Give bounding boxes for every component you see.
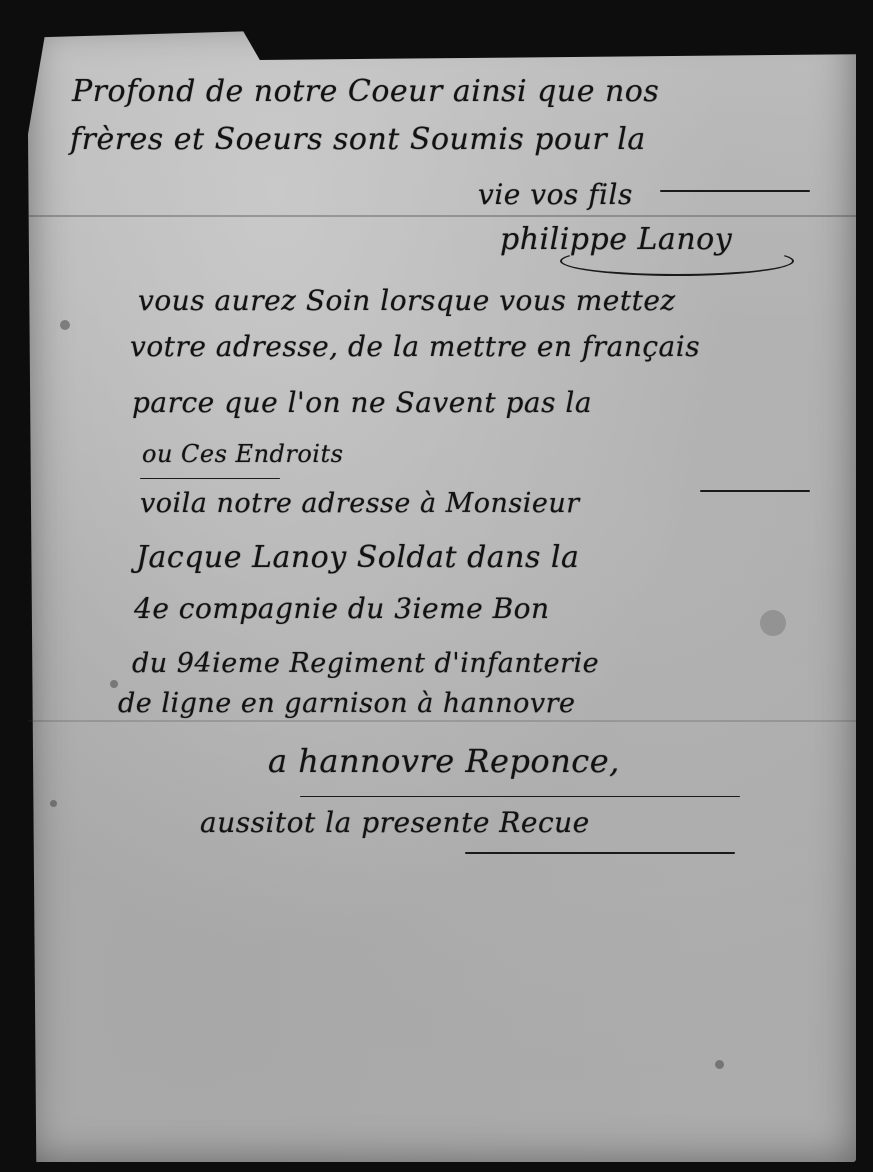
address-line-5: de ligne en garnison à hannovre [118, 688, 576, 719]
fold-crease [28, 215, 856, 217]
address-line-1: voila notre adresse à Monsieur [140, 488, 580, 519]
paper-stain [760, 610, 786, 636]
address-divider [300, 796, 740, 797]
fold-crease [28, 720, 856, 722]
closing-line-1: Profond de notre Coeur ainsi que nos [72, 74, 659, 109]
address-line-6: a hannovre Reponce, [268, 742, 620, 780]
address-line-7: aussitot la presente Recue [200, 806, 590, 839]
address-final-underline [465, 852, 735, 854]
paper-stain [715, 1060, 724, 1069]
paper-stain [110, 680, 118, 688]
postscript-line-1: vous aurez Soin lorsque vous mettez [138, 284, 676, 317]
postscript-line-4: ou Ces Endroits [142, 440, 343, 468]
closing-line-2: frères et Soeurs sont Soumis pour la [70, 122, 646, 157]
closing-line-3: vie vos fils [478, 178, 633, 211]
postscript-line-2: votre adresse, de la mettre en français [130, 330, 700, 363]
postscript-line-3: parce que l'on ne Savent pas la [132, 386, 592, 419]
address-underline [700, 490, 810, 492]
address-line-2: Jacque Lanoy Soldat dans la [136, 540, 579, 575]
closing-underline [660, 190, 810, 192]
paper-stain [60, 320, 70, 330]
address-line-3: 4e compagnie du 3ieme Bon [134, 592, 550, 625]
paper-stain [50, 800, 57, 807]
postscript-underline [140, 478, 280, 479]
signature-flourish [560, 246, 794, 276]
address-line-4: du 94ieme Regiment d'infanterie [132, 648, 599, 679]
